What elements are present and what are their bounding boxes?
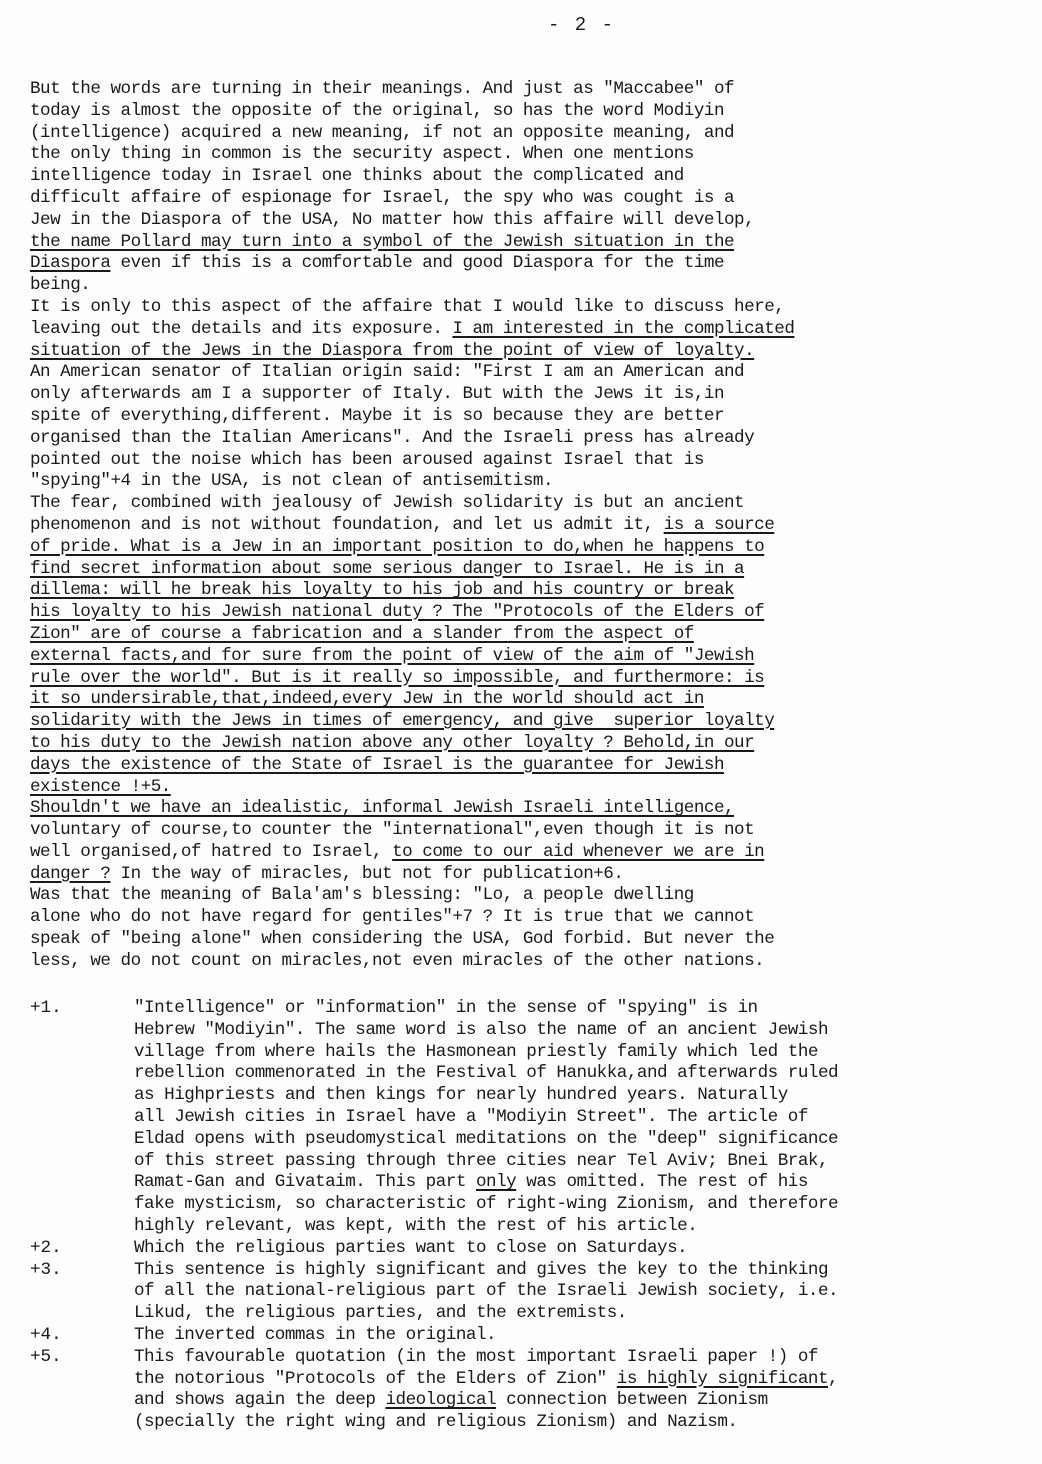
text-run: Eldad opens with pseudomystical meditati… [134,1129,838,1149]
text-run: well organised,of hatred to Israel, [30,842,392,862]
footnote-line: Ramat-Gan and Givataim. This part only w… [134,1172,1030,1194]
underlined-text: only [476,1172,516,1192]
footnote-line: and shows again the deep ideological con… [134,1390,1030,1412]
footnote-line: fake mysticism, so characteristic of rig… [134,1194,1030,1216]
footnote-line: village from where hails the Hasmonean p… [134,1042,1030,1064]
text-run: less, we do not count on miracles,not ev… [30,951,764,971]
text-run: even if this is a comfortable and good D… [110,253,724,273]
text-run: Was that the meaning of Bala'am's blessi… [30,885,694,905]
document-page: - 2 - But the words are turning in their… [0,0,1042,1464]
text-line: well organised,of hatred to Israel, to c… [30,842,1030,864]
text-run: (specially the right wing and religious … [134,1412,737,1432]
underlined-text: I am interested in the complicated [452,319,794,339]
text-line: being. [30,275,1030,297]
body-text: But the words are turning in their meani… [30,79,1030,973]
text-line: Jew in the Diaspora of the USA, No matte… [30,210,1030,232]
text-line: speak of "being alone" when considering … [30,929,1030,951]
underlined-text: danger ? [30,864,110,884]
text-run: The inverted commas in the original. [134,1325,496,1345]
text-run: the notorious "Protocols of the Elders o… [134,1369,617,1389]
text-line: days the existence of the State of Israe… [30,755,1030,777]
text-run: It is only to this aspect of the affaire… [30,297,784,317]
text-line: The fear, combined with jealousy of Jewi… [30,493,1030,515]
footnote-line: as Highpriests and then kings for nearly… [134,1085,1030,1107]
footnote-line: of this street passing through three cit… [134,1151,1030,1173]
text-run: , [828,1369,838,1389]
text-line: Shouldn't we have an idealistic, informa… [30,798,1030,820]
text-run: difficult affaire of espionage for Israe… [30,188,734,208]
underlined-text: external facts,and for sure from the poi… [30,646,754,666]
footnote: +5.This favourable quotation (in the mos… [30,1347,1030,1434]
text-run: was omitted. The rest of his [516,1172,808,1192]
footnote-line: all Jewish cities in Israel have a "Modi… [134,1107,1030,1129]
text-run: leaving out the details and its exposure… [30,319,452,339]
text-run: voluntary of course,to counter the "inte… [30,820,754,840]
text-line: danger ? In the way of miracles, but not… [30,864,1030,886]
footnote-line: Likud, the religious parties, and the ex… [134,1303,1030,1325]
footnote-line: rebellion commenorated in the Festival o… [134,1063,1030,1085]
text-run: "Intelligence" or "information" in the s… [134,998,758,1018]
footnote-text: Which the religious parties want to clos… [134,1238,1030,1260]
text-run: village from where hails the Hasmonean p… [134,1042,818,1062]
underlined-text: the name Pollard may turn into a symbol … [30,232,734,252]
text-run: (intelligence) acquired a new meaning, i… [30,123,734,143]
footnotes: +1."Intelligence" or "information" in th… [30,998,1030,1434]
text-line: It is only to this aspect of the affaire… [30,297,1030,319]
footnote: +2.Which the religious parties want to c… [30,1238,1030,1260]
text-line: rule over the world". But is it really s… [30,668,1030,690]
text-line: pointed out the noise which has been aro… [30,450,1030,472]
text-line: solidarity with the Jews in times of eme… [30,711,1030,733]
text-line: today is almost the opposite of the orig… [30,101,1030,123]
text-run: This sentence is highly significant and … [134,1260,828,1280]
footnote-text: This sentence is highly significant and … [134,1260,1030,1325]
text-run: pointed out the noise which has been aro… [30,450,704,470]
text-line: less, we do not count on miracles,not ev… [30,951,1030,973]
underlined-text: rule over the world". But is it really s… [30,668,764,688]
text-run: today is almost the opposite of the orig… [30,101,724,121]
text-line: Diaspora even if this is a comfortable a… [30,253,1030,275]
underlined-text: Shouldn't we have an idealistic, informa… [30,798,734,818]
text-run: phenomenon and is not without foundation… [30,515,664,535]
underlined-text: find secret information about some serio… [30,559,744,579]
text-run: An American senator of Italian origin sa… [30,362,744,382]
footnote-text: "Intelligence" or "information" in the s… [134,998,1030,1238]
text-line: his loyalty to his Jewish national duty … [30,602,1030,624]
text-line: (intelligence) acquired a new meaning, i… [30,123,1030,145]
footnote-line: "Intelligence" or "information" in the s… [134,998,1030,1020]
text-run: alone who do not have regard for gentile… [30,907,754,927]
underlined-text: situation of the Jews in the Diaspora fr… [30,341,754,361]
text-run: highly relevant, was kept, with the rest… [134,1216,697,1236]
text-run: as Highpriests and then kings for nearly… [134,1085,788,1105]
page-number: - 2 - [548,14,615,36]
footnote-line: The inverted commas in the original. [134,1325,1030,1347]
footnote-marker: +5. [30,1347,62,1369]
text-run: of this street passing through three cit… [134,1151,828,1171]
text-line: But the words are turning in their meani… [30,79,1030,101]
text-run: But the words are turning in their meani… [30,79,734,99]
underlined-text: to come to our aid whenever we are in [392,842,764,862]
underlined-text: it so undersirable,that,indeed,every Jew… [30,689,704,709]
text-line: organised than the Italian Americans". A… [30,428,1030,450]
text-run: Jew in the Diaspora of the USA, No matte… [30,210,754,230]
footnote-line: Hebrew "Modiyin". The same word is also … [134,1020,1030,1042]
text-line: situation of the Jews in the Diaspora fr… [30,341,1030,363]
text-line: leaving out the details and its exposure… [30,319,1030,341]
text-line: to his duty to the Jewish nation above a… [30,733,1030,755]
text-run: speak of "being alone" when considering … [30,929,774,949]
text-run: of all the national-religious part of th… [134,1281,838,1301]
underlined-text: existence !+5. [30,777,171,797]
text-line: voluntary of course,to counter the "inte… [30,820,1030,842]
footnote-marker: +1. [30,998,62,1020]
footnote-marker: +2. [30,1238,62,1260]
footnote-line: highly relevant, was kept, with the rest… [134,1216,1030,1238]
text-run: Ramat-Gan and Givataim. This part [134,1172,476,1192]
footnote: +4.The inverted commas in the original. [30,1325,1030,1347]
text-line: intelligence today in Israel one thinks … [30,166,1030,188]
text-run: Which the religious parties want to clos… [134,1238,687,1258]
text-run: all Jewish cities in Israel have a "Modi… [134,1107,808,1127]
footnote-line: Eldad opens with pseudomystical meditati… [134,1129,1030,1151]
text-line: find secret information about some serio… [30,559,1030,581]
underlined-text: is a source [664,515,775,535]
underlined-text: Diaspora [30,253,110,273]
text-line: Was that the meaning of Bala'am's blessi… [30,885,1030,907]
text-line: external facts,and for sure from the poi… [30,646,1030,668]
footnote-line: of all the national-religious part of th… [134,1281,1030,1303]
text-line: existence !+5. [30,777,1030,799]
text-run: organised than the Italian Americans". A… [30,428,754,448]
underlined-text: solidarity with the Jews in times of eme… [30,711,774,731]
underlined-text: is highly significant [617,1369,828,1389]
underlined-text: of pride. What is a Jew in an important … [30,537,764,557]
text-run: This favourable quotation (in the most i… [134,1347,818,1367]
text-line: spite of everything,different. Maybe it … [30,406,1030,428]
text-line: difficult affaire of espionage for Israe… [30,188,1030,210]
text-line: "spying"+4 in the USA, is not clean of a… [30,471,1030,493]
text-run: Hebrew "Modiyin". The same word is also … [134,1020,828,1040]
footnote: +1."Intelligence" or "information" in th… [30,998,1030,1238]
footnote-line: the notorious "Protocols of the Elders o… [134,1369,1030,1391]
text-line: the name Pollard may turn into a symbol … [30,232,1030,254]
footnote-line: This favourable quotation (in the most i… [134,1347,1030,1369]
text-run: In the way of miracles, but not for publ… [110,864,623,884]
underlined-text: days the existence of the State of Israe… [30,755,724,775]
underlined-text: dillema: will he break his loyalty to hi… [30,580,734,600]
text-line: phenomenon and is not without foundation… [30,515,1030,537]
text-run: and shows again the deep [134,1390,385,1410]
text-run: connection between Zionism [496,1390,768,1410]
footnote-text: This favourable quotation (in the most i… [134,1347,1030,1434]
text-line: the only thing in common is the security… [30,144,1030,166]
text-line: only afterwards am I a supporter of Ital… [30,384,1030,406]
text-line: An American senator of Italian origin sa… [30,362,1030,384]
footnote-text: The inverted commas in the original. [134,1325,1030,1347]
text-run: the only thing in common is the security… [30,144,694,164]
text-run: Likud, the religious parties, and the ex… [134,1303,627,1323]
text-line: Zion" are of course a fabrication and a … [30,624,1030,646]
text-line: it so undersirable,that,indeed,every Jew… [30,689,1030,711]
text-run: being. [30,275,90,295]
text-line: of pride. What is a Jew in an important … [30,537,1030,559]
underlined-text: ideological [385,1390,496,1410]
text-run: intelligence today in Israel one thinks … [30,166,684,186]
footnote: +3.This sentence is highly significant a… [30,1260,1030,1325]
text-run: rebellion commenorated in the Festival o… [134,1063,838,1083]
footnote-marker: +4. [30,1325,62,1347]
text-run: The fear, combined with jealousy of Jewi… [30,493,744,513]
footnote-line: This sentence is highly significant and … [134,1260,1030,1282]
underlined-text: to his duty to the Jewish nation above a… [30,733,754,753]
underlined-text: his loyalty to his Jewish national duty … [30,602,764,622]
text-run: "spying"+4 in the USA, is not clean of a… [30,471,553,491]
text-run: spite of everything,different. Maybe it … [30,406,724,426]
footnote-line: Which the religious parties want to clos… [134,1238,1030,1260]
footnote-marker: +3. [30,1260,62,1282]
text-line: dillema: will he break his loyalty to hi… [30,580,1030,602]
text-run: fake mysticism, so characteristic of rig… [134,1194,838,1214]
text-line: alone who do not have regard for gentile… [30,907,1030,929]
underlined-text: Zion" are of course a fabrication and a … [30,624,694,644]
text-run: only afterwards am I a supporter of Ital… [30,384,724,404]
footnote-line: (specially the right wing and religious … [134,1412,1030,1434]
